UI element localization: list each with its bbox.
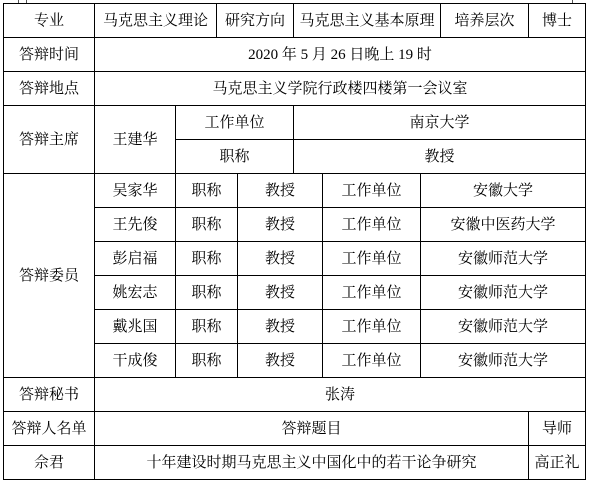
chair-unit-value: 南京大学 — [294, 106, 586, 140]
member-title-value: 教授 — [238, 174, 323, 208]
location-label: 答辩地点 — [4, 72, 95, 106]
candidate-supervisor: 高正礼 — [529, 446, 586, 480]
secretary-label: 答辩秘书 — [4, 378, 95, 412]
secretary-name: 张涛 — [95, 378, 586, 412]
major-value: 马克思主义理论 — [95, 4, 217, 38]
member-unit-value: 安徽师范大学 — [421, 242, 586, 276]
member-unit-label: 工作单位 — [323, 310, 421, 344]
member-name: 彭启福 — [95, 242, 176, 276]
direction-value: 马克思主义基本原理 — [294, 4, 441, 38]
member-unit-value: 安徽师范大学 — [421, 276, 586, 310]
member-name: 戴兆国 — [95, 310, 176, 344]
defense-list-label: 答辩人名单 — [4, 412, 95, 446]
row-time: 答辩时间 2020 年 5 月 26 日晚上 19 时 — [4, 38, 586, 72]
level-label: 培养层次 — [441, 4, 529, 38]
committee-label: 答辩委员 — [4, 174, 95, 378]
major-label: 专业 — [4, 4, 95, 38]
member-title-label: 职称 — [176, 344, 238, 378]
location-value: 马克思主义学院行政楼四楼第一会议室 — [95, 72, 586, 106]
member-unit-value: 安徽中医药大学 — [421, 208, 586, 242]
member-title-label: 职称 — [176, 208, 238, 242]
chair-label: 答辩主席 — [4, 106, 95, 174]
member-title-label: 职称 — [176, 276, 238, 310]
member-title-label: 职称 — [176, 310, 238, 344]
row-chair-unit: 答辩主席 王建华 工作单位 南京大学 — [4, 106, 586, 140]
member-unit-label: 工作单位 — [323, 174, 421, 208]
candidate-name: 佘君 — [4, 446, 95, 480]
chair-name: 王建华 — [95, 106, 176, 174]
row-location: 答辩地点 马克思主义学院行政楼四楼第一会议室 — [4, 72, 586, 106]
row-candidate: 佘君 十年建设时期马克思主义中国化中的若干论争研究 高正礼 — [4, 446, 586, 480]
member-unit-label: 工作单位 — [323, 208, 421, 242]
direction-label: 研究方向 — [217, 4, 294, 38]
member-unit-value: 安徽大学 — [421, 174, 586, 208]
member-title-label: 职称 — [176, 174, 238, 208]
member-name: 姚宏志 — [95, 276, 176, 310]
member-title-value: 教授 — [238, 344, 323, 378]
defense-supervisor-label: 导师 — [529, 412, 586, 446]
row-committee-member: 答辩委员 吴家华 职称 教授 工作单位 安徽大学 — [4, 174, 586, 208]
member-title-value: 教授 — [238, 276, 323, 310]
time-label: 答辩时间 — [4, 38, 95, 72]
member-unit-label: 工作单位 — [323, 242, 421, 276]
member-unit-value: 安徽师范大学 — [421, 310, 586, 344]
defense-info-document: 专业 马克思主义理论 研究方向 马克思主义基本原理 培养层次 博士 答辩时间 2… — [0, 0, 594, 483]
row-defense-header: 答辩人名单 答辩题目 导师 — [4, 412, 586, 446]
row-major: 专业 马克思主义理论 研究方向 马克思主义基本原理 培养层次 博士 — [4, 4, 586, 38]
member-name: 王先俊 — [95, 208, 176, 242]
chair-unit-label: 工作单位 — [176, 106, 294, 140]
member-name: 干成俊 — [95, 344, 176, 378]
member-title-label: 职称 — [176, 242, 238, 276]
row-secretary: 答辩秘书 张涛 — [4, 378, 586, 412]
member-title-value: 教授 — [238, 242, 323, 276]
member-unit-value: 安徽师范大学 — [421, 344, 586, 378]
chair-title-value: 教授 — [294, 140, 586, 174]
member-title-value: 教授 — [238, 310, 323, 344]
defense-info-table: 专业 马克思主义理论 研究方向 马克思主义基本原理 培养层次 博士 答辩时间 2… — [3, 3, 586, 480]
member-title-value: 教授 — [238, 208, 323, 242]
member-unit-label: 工作单位 — [323, 344, 421, 378]
member-unit-label: 工作单位 — [323, 276, 421, 310]
candidate-topic: 十年建设时期马克思主义中国化中的若干论争研究 — [95, 446, 529, 480]
defense-topic-label: 答辩题目 — [95, 412, 529, 446]
chair-title-label: 职称 — [176, 140, 294, 174]
member-name: 吴家华 — [95, 174, 176, 208]
time-value: 2020 年 5 月 26 日晚上 19 时 — [95, 38, 586, 72]
level-value: 博士 — [529, 4, 586, 38]
